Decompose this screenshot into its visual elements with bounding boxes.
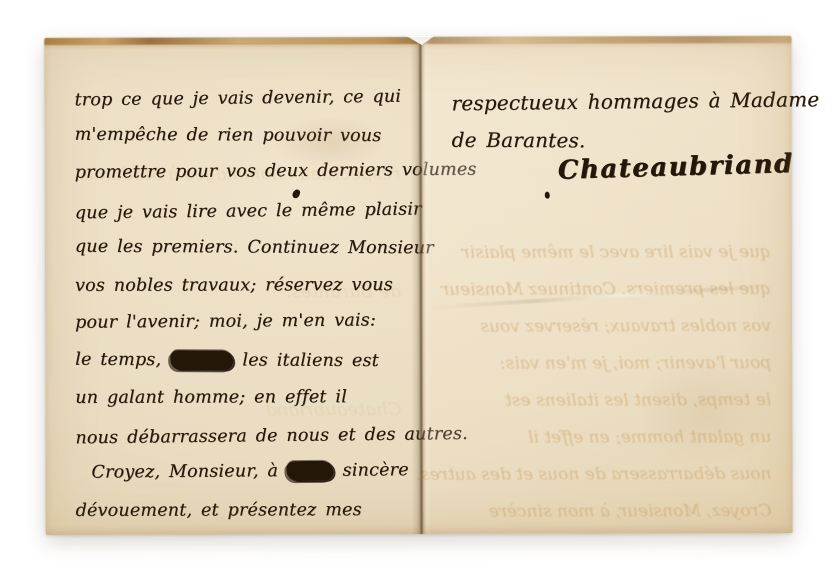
fold-top-notch <box>406 36 434 45</box>
ink-speck <box>545 192 550 199</box>
handwriting-line: dévouement, et présentez mes <box>76 492 416 530</box>
fold-crease <box>430 283 780 309</box>
handwriting-text: de Barantes. <box>452 128 586 153</box>
handwriting-text: promettre pour vos deux derniers volumes <box>75 160 477 183</box>
left-page-bleed: respectueux hommages à Madamede Barantes… <box>71 115 402 470</box>
bleedthrough-line: de Barantes. <box>71 233 401 352</box>
handwriting-line: Croyez, Monsieur, à mon sincère <box>75 452 415 492</box>
handwriting-line: respectueux hommages à Madame <box>451 80 781 124</box>
handwriting-text: pour l'avenir; moi, je m'en vais: <box>75 310 376 332</box>
bleedthrough-line: respectueux hommages à Madame <box>71 115 401 234</box>
ink-blot: disent <box>170 350 234 370</box>
bleedthrough-line: vos nobles travaux; réservez vous <box>436 308 771 346</box>
handwriting-text: Croyez, Monsieur, à <box>91 461 287 483</box>
bleedthrough-line: que les premiers. Continuez Monsieur <box>436 271 771 309</box>
center-fold-shadow <box>410 37 431 534</box>
bleedthrough-line: Chateaubriand <box>71 351 401 470</box>
bleedthrough-line: que je vais lire avec le même plaisir <box>436 234 771 272</box>
handwriting-line: m'empêche de rien pouvoir vous <box>75 116 415 155</box>
bleedthrough-line: pour l'avenir; moi, je m'en vais: <box>436 345 771 383</box>
handwriting-text: que je vais lire avec le même plaisir <box>75 199 422 223</box>
bleedthrough-line: un galant homme; en effet il <box>436 419 771 457</box>
handwriting-text: m'empêche de rien pouvoir vous <box>75 124 382 145</box>
bleedthrough-line: nous débarrassera de nous et des autres. <box>436 456 771 494</box>
handwriting-line: de Barantes. <box>452 120 782 161</box>
handwriting-text: un galant homme; en effet il <box>75 387 347 408</box>
signature: Chateaubriand <box>557 149 794 186</box>
handwriting-text: respectueux hommages à Madame <box>451 87 819 115</box>
handwriting-line: que les premiers. Continuez Monsieur <box>75 229 415 268</box>
handwriting-text: vos nobles travaux; réservez vous <box>75 275 393 296</box>
handwriting-text: le temps, <box>75 349 170 369</box>
handwriting-line: un galant homme; en effet il <box>75 379 415 417</box>
page-left: respectueux hommages à Madamede Barantes… <box>44 37 418 535</box>
paper-top-edge <box>44 36 791 45</box>
bleedthrough-line: le temps, disent les italiens est <box>436 382 771 420</box>
paper-stain <box>250 107 410 177</box>
handwriting-line: le temps, disent les italiens est <box>75 341 415 380</box>
right-page-text: respectueux hommages à Madamede Barantes… <box>451 80 781 161</box>
paper-top-edge-shading <box>44 42 791 50</box>
ink-speck <box>291 188 301 199</box>
handwriting-text: dévouement, et présentez mes <box>76 500 362 521</box>
bleedthrough-line: Croyez, Monsieur, à mon sincère <box>437 493 772 531</box>
handwriting-text: sincère <box>334 460 409 481</box>
handwriting-line: trop ce que je vais devenir, ce qui <box>74 79 414 120</box>
page-right: que je vais lire avec le même plaisirque… <box>417 36 792 534</box>
handwriting-text: trop ce que je vais devenir, ce qui <box>74 87 401 111</box>
handwriting-line: promettre pour vos deux derniers volumes <box>75 152 415 192</box>
letter-paper: respectueux hommages à Madamede Barantes… <box>44 36 792 535</box>
left-page-text: trop ce que je vais devenir, ce quim'emp… <box>74 79 415 530</box>
handwriting-text: nous débarrassera de nous et des autres. <box>75 423 468 447</box>
paper-stain <box>605 331 805 492</box>
handwriting-line: nous débarrassera de nous et des autres. <box>75 416 415 457</box>
right-page-bleed: que je vais lire avec le même plaisirque… <box>436 234 772 531</box>
handwriting-line: pour l'avenir; moi, je m'en vais: <box>75 302 415 342</box>
handwriting-line: vos nobles travaux; réservez vous <box>75 267 415 305</box>
handwriting-text: que les premiers. Continuez Monsieur <box>75 237 434 259</box>
handwriting-text: les italiens est <box>234 350 379 371</box>
ink-blot: mon <box>287 461 334 481</box>
handwriting-line: que je vais lire avec le même plaisir <box>75 191 415 232</box>
letter-photograph: respectueux hommages à Madamede Barantes… <box>0 0 840 576</box>
